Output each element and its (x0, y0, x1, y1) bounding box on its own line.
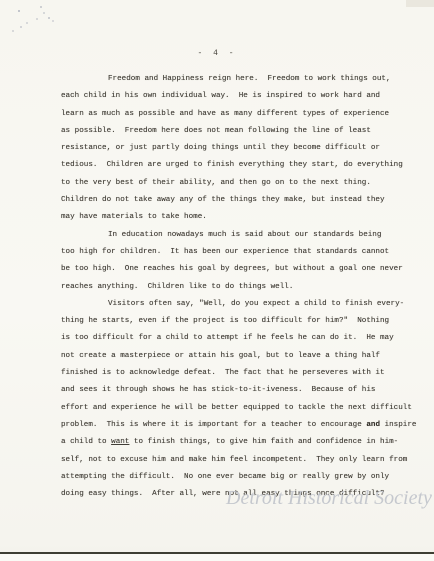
text-line: Children do not take away any of the thi… (61, 192, 423, 209)
corner-smudge (406, 0, 434, 7)
text-line: a child to want to finish things, to giv… (61, 434, 423, 451)
text-line: reaches anything. Children like to do th… (61, 279, 423, 296)
text-segment: problem. This is where it is important f… (61, 421, 366, 429)
text-line: resistance, or just partly doing things … (61, 140, 423, 157)
text-line: problem. This is where it is important f… (61, 417, 423, 434)
text-line: and sees it through shows he has stick-t… (61, 382, 423, 399)
text-line: may have materials to take home. (61, 209, 423, 226)
text-line: Freedom and Happiness reign here. Freedo… (61, 71, 423, 88)
text-line: each child in his own individual way. He… (61, 88, 423, 105)
underlined-word: want (111, 438, 129, 446)
text-line: attempting the difficult. No one ever be… (61, 469, 423, 486)
text-line: effort and experience he will be better … (61, 400, 423, 417)
text-segment: inspire (380, 421, 416, 429)
text-line: too high for children. It has been our e… (61, 244, 423, 261)
text-line: be too high. One reaches his goal by deg… (61, 261, 423, 278)
text-line: is too difficult for a child to attempt … (61, 330, 423, 347)
watermark: Detroit Historical Society (226, 487, 432, 510)
text-line: not create a masterpiece or attain his g… (61, 348, 423, 365)
page-number: - 4 - (0, 49, 434, 58)
text-line: learn as much as possible and have as ma… (61, 106, 423, 123)
text-line: self, not to excuse him and make him fee… (61, 452, 423, 469)
scanned-document-page: - 4 - Freedom and Happiness reign here. … (0, 0, 434, 561)
text-line: as possible. Freedom here does not mean … (61, 123, 423, 140)
text-line: tedious. Children are urged to finish ev… (61, 157, 423, 174)
text-line: thing he starts, even if the project is … (61, 313, 423, 330)
text-segment: a child to (61, 438, 111, 446)
text-line: to the very best of their ability, and t… (61, 175, 423, 192)
pencil-marks (18, 10, 20, 12)
scan-background-strip (0, 554, 434, 561)
typed-text-block: Freedom and Happiness reign here. Freedo… (61, 71, 423, 503)
text-line: In education nowadays much is said about… (61, 227, 423, 244)
overstruck-word: and (366, 421, 380, 429)
text-segment: to finish things, to give him faith and … (129, 438, 398, 446)
text-line: finished is to acknowledge defeat. The f… (61, 365, 423, 382)
text-line: Visitors often say, "Well, do you expect… (61, 296, 423, 313)
